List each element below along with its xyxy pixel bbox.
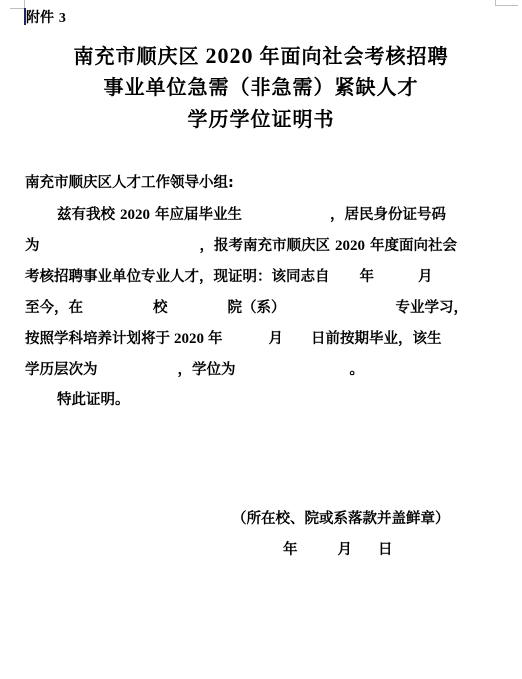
title-line-3: 学历学位证明书	[0, 103, 522, 132]
text: 年应届毕业生	[155, 207, 242, 223]
title-line-2: 事业单位急需（非急需）紧缺人才	[0, 71, 522, 100]
text: 院（系）	[228, 300, 286, 316]
signature-note: （所在校、院或系落款并盖鲜章）	[232, 507, 450, 528]
salutation: 南充市顺庆区人才工作领导小组:	[25, 171, 234, 192]
text: 按照学科培养计划将于	[25, 331, 170, 347]
paragraph-line-5: 按照学科培养计划将于2020年月日前按期毕业，该生	[25, 327, 442, 348]
text: 月	[418, 269, 433, 285]
text: ，报考南充市顺庆区	[200, 238, 331, 254]
paragraph-line-1: 兹有我校2020年应届毕业生，居民身份证号码	[57, 203, 446, 224]
text: 至今，在	[25, 300, 83, 316]
text: 年度面向社会	[370, 238, 457, 254]
signature-date: 年月日	[283, 538, 393, 559]
date-month: 月	[338, 542, 353, 558]
attachment-text: 附件	[26, 10, 54, 26]
text: 年	[360, 269, 375, 285]
text: 专业学习，	[396, 300, 469, 316]
closing-statement: 特此证明。	[57, 388, 130, 409]
title-year: 2020	[206, 43, 254, 68]
text: 月	[269, 331, 284, 347]
text: 校	[153, 300, 168, 316]
text: 考核招聘事业单位专业人才，现证明：该同志自	[25, 269, 330, 285]
text: ，居民身份证号码	[330, 207, 446, 223]
year: 2020	[120, 207, 150, 223]
title-text: 南充市顺庆区	[74, 44, 200, 68]
paragraph-line-3: 考核招聘事业单位专业人才，现证明：该同志自年月	[25, 265, 433, 286]
attachment-number: 3	[59, 11, 66, 26]
year: 2020	[174, 331, 204, 347]
text: 年	[208, 331, 223, 347]
text: 为	[25, 238, 40, 254]
margin-mark-top-left	[10, 0, 25, 9]
title-text: 年面向社会考核招聘	[260, 44, 449, 68]
attachment-label: 附件 3	[26, 7, 66, 27]
text: ，学位为	[178, 362, 236, 378]
paragraph-line-6: 学历层次为，学位为。	[25, 358, 364, 379]
text: 兹有我校	[57, 207, 115, 223]
paragraph-line-4: 至今，在校院（系）专业学习，	[25, 296, 468, 317]
text: 。	[350, 362, 365, 378]
date-day: 日	[378, 542, 393, 558]
paragraph-line-2: 为，报考南充市顺庆区2020年度面向社会	[25, 234, 457, 255]
text: 学历层次为	[25, 362, 98, 378]
date-year: 年	[283, 542, 298, 558]
margin-mark-top-right	[495, 0, 518, 6]
text: 日前按期毕业，该生	[311, 331, 442, 347]
title-line-1: 南充市顺庆区2020年面向社会考核招聘	[0, 40, 522, 69]
year: 2020	[335, 238, 365, 254]
